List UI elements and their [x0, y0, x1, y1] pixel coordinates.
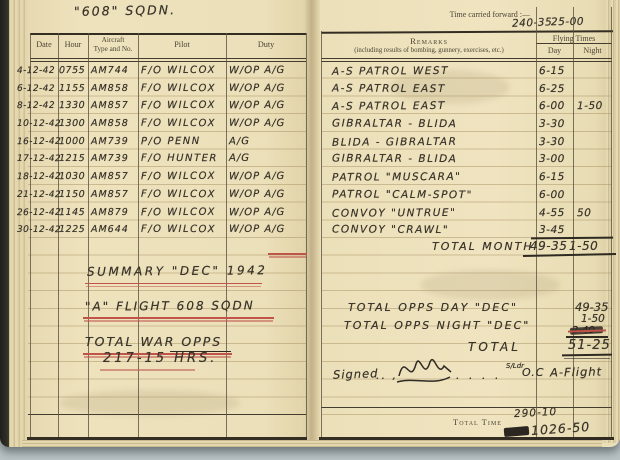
- entry-aircraft: AM879: [91, 205, 139, 219]
- table-border: [321, 58, 612, 59]
- entry-duty: W/OP A/G: [229, 64, 307, 79]
- entry-date: 6-12-42: [17, 82, 59, 96]
- logbook: "608" SQDN. Date Hour Aircraft Type and …: [0, 0, 620, 447]
- entry-aircraft: AM744: [91, 64, 139, 78]
- total-opps-night-value: 1-50: [581, 313, 605, 325]
- carried-forward-label: Time carried forward :—: [400, 10, 530, 19]
- column-header-aircraft-2: Type and No.: [88, 45, 138, 53]
- entry-pilot: F/O WILCOX: [141, 170, 227, 185]
- entry-night-time: 1-50: [577, 99, 613, 113]
- entry-hour: 1145: [59, 205, 88, 219]
- entry-remark: A-S PATROL WEST: [332, 63, 537, 78]
- remark-row: A-S PATROL EAST 6-25: [322, 80, 614, 98]
- table-border: [30, 58, 306, 59]
- entry-day-time: 3-30: [539, 135, 575, 149]
- entry-aircraft: AM857: [91, 188, 139, 202]
- entry-duty: W/OP A/G: [229, 223, 307, 237]
- table-border: [321, 407, 612, 408]
- flight-entry-row: 4-12-42 0755 AM744 F/O WILCOX W/OP A/G: [0, 62, 310, 80]
- red-underline: [85, 283, 262, 285]
- remark-row: A-S PATROL EAST 6-00 1-50: [322, 97, 614, 115]
- page-stack-bottom: [22, 440, 602, 447]
- total-opps-day-value: 49-35: [575, 300, 608, 314]
- entry-day-time: 4-55: [539, 205, 575, 219]
- red-underline: [100, 369, 195, 371]
- remark-row: GIBRALTAR - BLIDA 3-30: [322, 115, 614, 133]
- entry-date: 30-12-42: [17, 223, 59, 237]
- signature-scribble: [395, 346, 455, 388]
- entry-pilot: F/O WILCOX: [141, 205, 227, 220]
- logbook-scan: "608" SQDN. Date Hour Aircraft Type and …: [0, 0, 620, 460]
- entry-aircraft: AM857: [91, 99, 139, 113]
- flight-entry-row: 10-12-42 1300 AM858 F/O WILCOX W/OP A/G: [0, 115, 310, 133]
- entry-day-time: 6-15: [539, 64, 575, 78]
- entry-hour: 1215: [59, 152, 88, 166]
- column-header-pilot: Pilot: [138, 40, 226, 49]
- entry-pilot: F/O WILCOX: [141, 117, 227, 131]
- entry-duty: W/OP A/G: [229, 188, 307, 202]
- entry-date: 21-12-42: [17, 188, 59, 202]
- flight-entry-row: 26-12-42 1145 AM879 F/O WILCOX W/OP A/G: [0, 204, 310, 222]
- remark-row: CONVOY "UNTRUE" 4-55 50: [322, 204, 614, 222]
- column-header-aircraft: Aircraft: [88, 36, 138, 44]
- entry-aircraft: AM857: [91, 170, 139, 184]
- remark-row: PATROL "CALM-SPOT" 6-00: [322, 186, 614, 204]
- signature-dots: . . . .: [456, 369, 501, 382]
- signed-oc: O.C: [522, 366, 544, 379]
- entry-date: 26-12-42: [17, 205, 59, 219]
- entry-duty: W/OP A/G: [229, 81, 307, 95]
- entry-duty: W/OP A/G: [229, 205, 307, 220]
- entry-remark: GIBRALTAR - BLIDA: [332, 117, 537, 132]
- entry-remark: A-S PATROL EAST: [332, 99, 537, 114]
- entry-day-time: 6-15: [539, 170, 575, 184]
- red-underline: [86, 286, 261, 288]
- total-month-night: 1-50: [569, 239, 598, 253]
- total-month-day: 49-35: [530, 239, 567, 253]
- summary-line-4: 217-15 HRS.: [103, 351, 217, 366]
- total-label: TOTAL: [468, 340, 521, 354]
- entry-aircraft: AM739: [91, 152, 139, 166]
- entry-date: 8-12-42: [17, 99, 59, 113]
- entry-date: 18-12-42: [17, 170, 59, 184]
- day-header: Day: [536, 46, 573, 55]
- entry-date: 10-12-42: [17, 117, 59, 131]
- entry-pilot: F/O WILCOX: [141, 223, 227, 237]
- flight-entry-row: 21-12-42 1150 AM857 F/O WILCOX W/OP A/G: [0, 186, 310, 204]
- entry-duty: W/OP A/G: [229, 170, 307, 185]
- entry-date: 4-12-42: [17, 64, 59, 78]
- entry-remark: A-S PATROL EAST: [332, 81, 537, 96]
- column-header-duty: Duty: [226, 40, 306, 49]
- entry-day-time: 6-00: [539, 99, 575, 113]
- summary-line-2: "A" FLIGHT 608 SQDN: [85, 298, 255, 313]
- entry-remark: PATROL "MUSCARA": [332, 169, 537, 184]
- entry-hour: 1300: [59, 117, 88, 131]
- entry-date: 17-12-42: [17, 152, 59, 166]
- signed-label: Signed: [333, 366, 379, 382]
- entry-day-time: 6-25: [539, 82, 575, 96]
- table-border: [30, 33, 306, 35]
- flight-entries-right: A-S PATROL WEST 6-15 A-S PATROL EAST 6-2…: [322, 62, 614, 239]
- entry-hour: 1225: [59, 223, 88, 237]
- remark-row: BLIDA - GIBRALTAR 3-30: [322, 133, 614, 151]
- flight-entry-row: 18-12-42 1030 AM857 F/O WILCOX W/OP A/G: [0, 168, 310, 186]
- red-underline: [84, 320, 273, 322]
- summary-line-1: SUMMARY "DEC" 1942: [87, 263, 268, 279]
- carried-forward-night: 25-00: [551, 16, 584, 29]
- entry-hour: 0755: [59, 64, 88, 78]
- entry-night-time: 50: [577, 205, 613, 219]
- remark-row: GIBRALTAR - BLIDA 3-00: [322, 150, 614, 168]
- ink-underline: [564, 358, 610, 359]
- entry-hour: 1155: [59, 82, 88, 96]
- entry-hour: 1000: [59, 135, 88, 149]
- entry-day-time: 3-00: [539, 152, 575, 166]
- total-value: 51-25: [568, 338, 611, 353]
- entry-duty: W/OP A/G: [229, 117, 307, 131]
- entry-pilot: F/O WILCOX: [141, 64, 227, 79]
- total-opps-night-label: TOTAL OPPS NIGHT "DEC": [344, 319, 530, 332]
- column-header-hour: Hour: [58, 40, 88, 49]
- entry-remark: PATROL "CALM-SPOT": [332, 187, 537, 202]
- summary-line-3: TOTAL WAR OPPS: [85, 334, 222, 349]
- column-header-date: Date: [30, 40, 58, 49]
- flight-entry-row: 8-12-42 1330 AM857 F/O WILCOX W/OP A/G: [0, 97, 310, 115]
- entry-pilot: F/O WILCOX: [141, 81, 227, 95]
- entry-pilot: F/O HUNTER: [141, 152, 227, 166]
- table-border: [28, 414, 306, 415]
- total-time-day: 290-10: [514, 406, 558, 420]
- entry-pilot: P/O PENN: [141, 134, 227, 149]
- entry-remark: CONVOY "UNTRUE": [332, 205, 537, 220]
- page-title: "608" SQDN.: [74, 2, 176, 19]
- entry-remark: CONVOY "CRAWL": [332, 223, 537, 238]
- entry-hour: 1150: [59, 188, 88, 202]
- table-border: [536, 43, 612, 44]
- flight-entry-row: 17-12-42 1215 AM739 F/O HUNTER A/G: [0, 150, 310, 168]
- remark-row: PATROL "MUSCARA" 6-15: [322, 168, 614, 186]
- carried-forward-day: 240-35: [512, 16, 553, 29]
- entry-pilot: F/O WILCOX: [141, 188, 227, 202]
- entry-remark: GIBRALTAR - BLIDA: [332, 152, 537, 167]
- entry-duty: W/OP A/G: [229, 99, 307, 114]
- total-time-label: Total Time: [453, 417, 502, 427]
- entry-aircraft: AM644: [91, 223, 139, 237]
- remark-row: A-S PATROL WEST 6-15: [322, 62, 614, 80]
- entry-hour: 1030: [59, 170, 88, 184]
- remarks-subheader: (including results of bombing, gunnery, …: [322, 47, 536, 54]
- entry-day-time: 3-45: [539, 223, 575, 237]
- entry-day-time: 3-30: [539, 117, 575, 131]
- entry-duty: A/G: [229, 134, 307, 149]
- flight-entry-row: 16-12-42 1000 AM739 P/O PENN A/G: [0, 133, 310, 151]
- entry-duty: A/G: [229, 152, 307, 166]
- total-opps-day-label: TOTAL OPPS DAY "DEC": [348, 301, 518, 314]
- flight-entry-row: 30-12-42 1225 AM644 F/O WILCOX W/OP A/G: [0, 221, 310, 239]
- entry-aircraft: AM858: [91, 117, 139, 131]
- entry-aircraft: AM858: [91, 82, 139, 96]
- entry-day-time: 6-00: [539, 188, 575, 202]
- total-month-label: TOTAL MONTH: [432, 240, 532, 253]
- flight-entries-left: 4-12-42 0755 AM744 F/O WILCOX W/OP A/G 6…: [0, 62, 310, 239]
- entry-hour: 1330: [59, 99, 88, 113]
- red-underline: [83, 317, 274, 319]
- entry-remark: BLIDA - GIBRALTAR: [332, 134, 537, 149]
- red-underline-fragment: [268, 253, 307, 255]
- entry-aircraft: AM739: [91, 135, 139, 149]
- remarks-header: Remarks: [322, 36, 536, 46]
- entry-pilot: F/O WILCOX: [141, 99, 227, 114]
- entry-date: 16-12-42: [17, 135, 59, 149]
- flying-times-header: Flying Times: [536, 34, 612, 43]
- night-header: Night: [574, 46, 611, 55]
- signed-flight: A-Flight: [550, 365, 602, 380]
- flight-entry-row: 6-12-42 1155 AM858 F/O WILCOX W/OP A/G: [0, 80, 310, 98]
- red-underline-fragment: [269, 256, 306, 258]
